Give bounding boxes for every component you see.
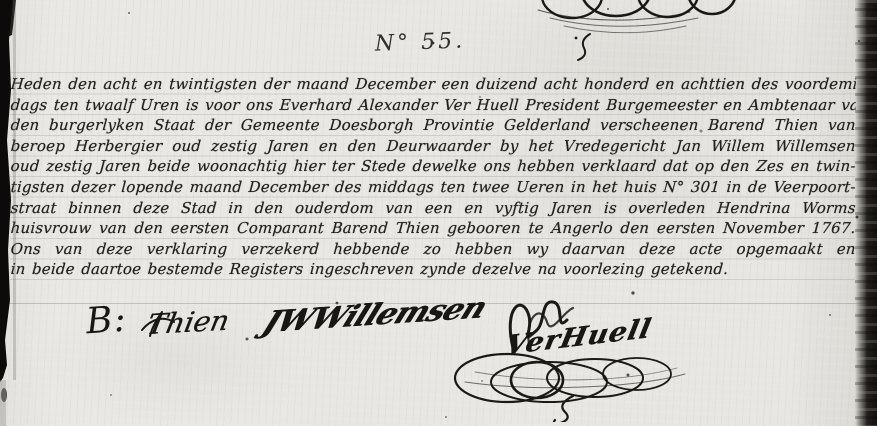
page-edge-texture [855,0,877,426]
act-number: N° 55. [330,27,511,58]
text-line-4: beroep Herbergier oud zestig Jaren en de… [10,136,856,157]
text-line-6: tigsten dezer lopende maand December des… [10,177,856,198]
document-scan: N° 55. Heden den acht en twintigsten der… [0,0,877,426]
text-line-9: Ons van deze verklaring verzekerd hebben… [10,239,856,260]
text-line-1: Heden den acht en twintigsten der maand … [10,74,856,95]
text-line-5: oud zestig Jaren beide woonachtig hier t… [10,156,856,177]
text-line-10: in beide daartoe bestemde Registers inge… [10,259,856,280]
page-binding-edge [855,0,877,426]
text-line-7: straat binnen deze Stad in den ouderdom … [10,198,856,219]
text-line-8: huisvrouw van den eersten Comparant Bare… [10,218,856,239]
book-gutter-edge [0,0,22,426]
text-line-2: dags ten twaalf Uren is voor ons Everhar… [10,95,856,116]
signature-thien: Thien [144,304,232,341]
signature-initial-b: B: [85,299,128,343]
signature-verhuell-flourish [445,292,695,422]
text-line-3: den burgerlyken Staat der Gemeente Doesb… [10,115,856,136]
record-body-text: Heden den acht en twintigsten der maand … [10,74,855,280]
rule-line-top [0,72,877,73]
ink-flourish-top [520,0,780,62]
